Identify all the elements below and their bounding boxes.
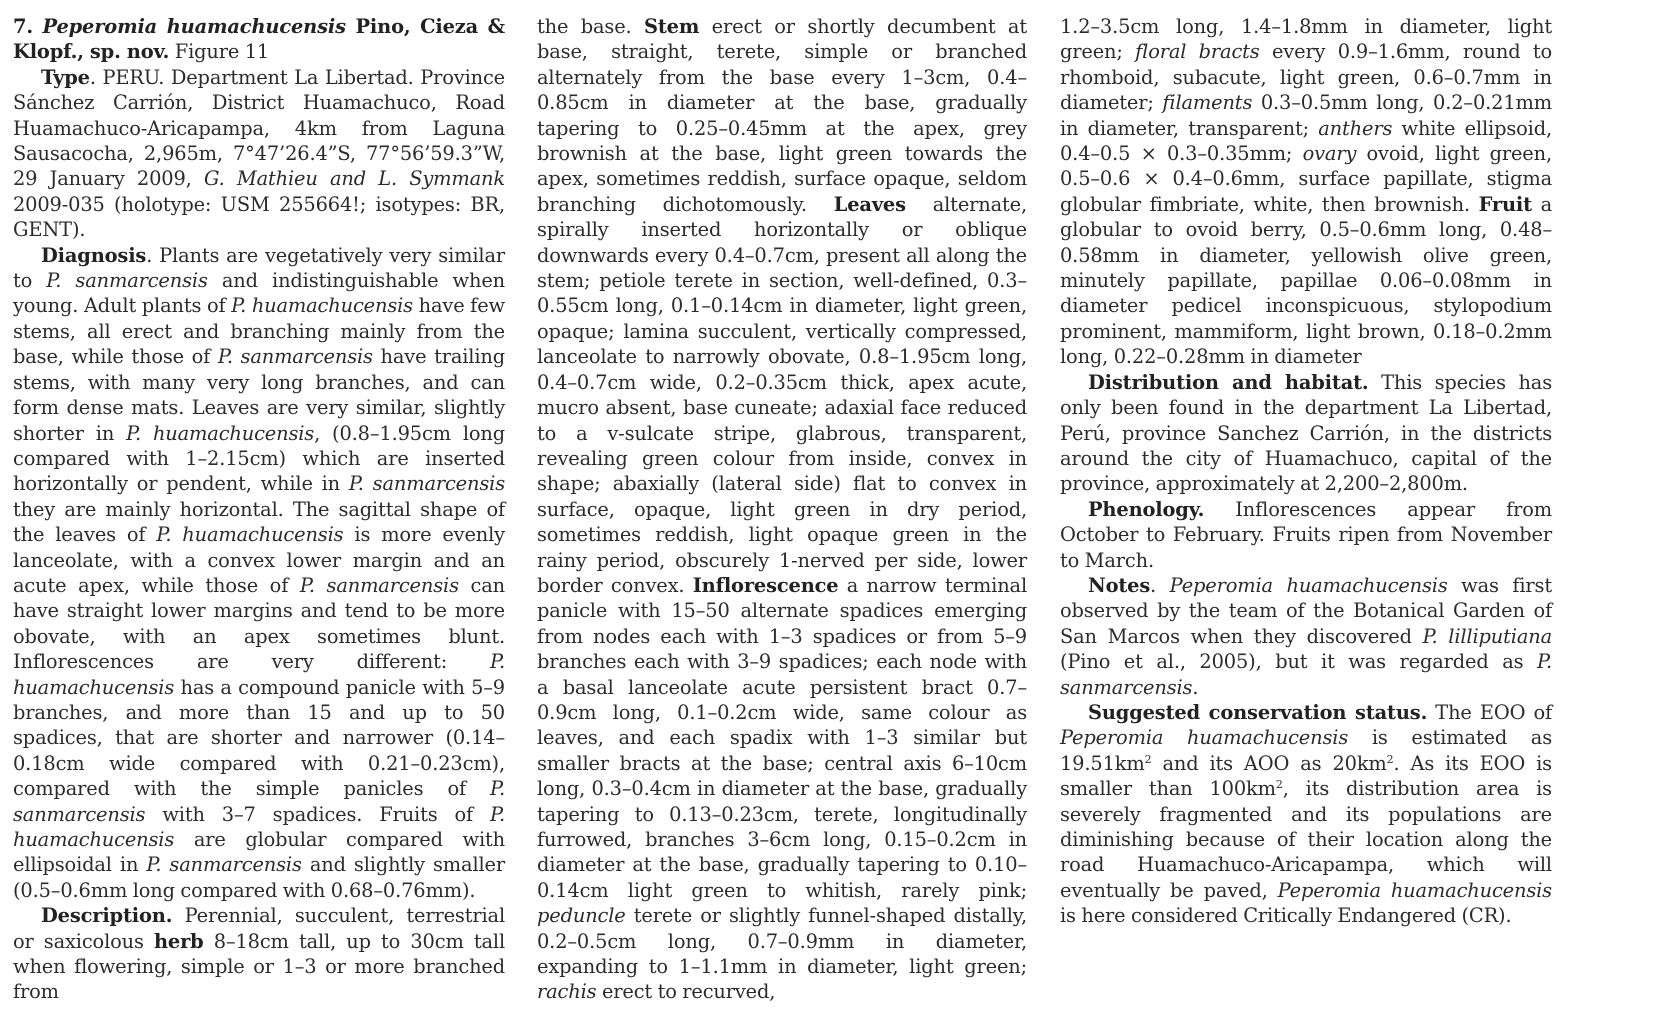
italic-text-run: filaments [1162, 91, 1252, 114]
paragraph: Notes. Peperomia huamachucensis was firs… [1060, 573, 1552, 700]
italic-text-run: P. sanmarcensis [349, 472, 505, 495]
bold-text-run: herb [154, 930, 204, 953]
text-run: with 3–7 spadices. Fruits of [145, 803, 490, 826]
paragraph: Suggested conservation status. The EOO o… [1060, 700, 1552, 929]
text-run: a globular to ovoid berry, 0.5–0.6mm lon… [1060, 193, 1552, 368]
text-run: alternate, spirally inserted horizontall… [537, 193, 1027, 597]
italic-text-run: G. Mathieu and L. Symmank [204, 167, 505, 190]
paragraph: 7. Peperomia huamachucensis Pino, Cieza … [13, 14, 505, 65]
text-run: the base. [537, 15, 644, 38]
paragraph: Phenology. Inflorescences appear from Oc… [1060, 497, 1552, 573]
bold-text-run: Phenology. [1088, 498, 1204, 521]
bold-text-run: 7. [13, 15, 43, 38]
text-run: erect to recurved, [596, 980, 775, 1003]
text-run: 2009-035 (holotype: USM 255664!; isotype… [13, 193, 505, 241]
text-run: The EOO of [1427, 701, 1552, 724]
paragraph: Diagnosis. Plants are vegetatively very … [13, 243, 505, 904]
text-run: (Pino et al., 2005), but it was regarded… [1060, 650, 1537, 673]
bold-text-run: Notes [1088, 574, 1150, 597]
bold-text-run: Description. [41, 904, 172, 927]
text-column-2: the base. Stem erect or shortly decumben… [537, 14, 1027, 1005]
italic-text-run: floral bracts [1135, 40, 1260, 63]
text-run: a narrow terminal panicle with 15–50 alt… [537, 574, 1027, 902]
italic-text-run: P. huamachucensis [126, 422, 314, 445]
bold-text-run: Fruit [1479, 193, 1532, 216]
italic-text-run: anthers [1318, 117, 1392, 140]
text-column-1: 7. Peperomia huamachucensis Pino, Cieza … [13, 14, 505, 1005]
bold-text-run: Suggested conservation status. [1088, 701, 1427, 724]
text-run: . [1150, 574, 1170, 597]
bold-text-run: Diagnosis [41, 244, 146, 267]
italic-text-run: Peperomia huamachucensis [1060, 726, 1348, 749]
text-run: and its AOO as 20km [1151, 752, 1386, 775]
bold-text-run: Type [41, 66, 90, 89]
italic-text-run: peduncle [537, 904, 626, 927]
text-column-3: 1.2–3.5cm long, 1.4–1.8mm in diameter, l… [1060, 14, 1552, 929]
paragraph: 1.2–3.5cm long, 1.4–1.8mm in diameter, l… [1060, 14, 1552, 370]
bold-text-run: Distribution and habitat. [1088, 371, 1369, 394]
bold-text-run: Leaves [834, 193, 906, 216]
italic-text-run: P. huamachucensis [231, 294, 413, 317]
bold-text-run: Stem [644, 15, 699, 38]
italic-text-run: P. sanmarcensis [46, 269, 207, 292]
bold-text-run: Peperomia huamachucensis [43, 15, 346, 38]
paragraph: Type. PERU. Department La Libertad. Prov… [13, 65, 505, 243]
text-run: Figure 11 [169, 40, 269, 63]
bold-text-run: Inflorescence [693, 574, 839, 597]
superscript: 2 [1387, 753, 1394, 766]
italic-text-run: P. sanmarcensis [146, 853, 301, 876]
italic-text-run: ovary [1303, 142, 1357, 165]
document-page: 7. Peperomia huamachucensis Pino, Cieza … [0, 0, 1669, 1033]
italic-text-run: P. huamachucensis [156, 523, 343, 546]
italic-text-run: P. sanmarcensis [218, 345, 373, 368]
italic-text-run: rachis [537, 980, 596, 1003]
paragraph: Description. Perennial, succulent, terre… [13, 903, 505, 1005]
italic-text-run: P. lilliputiana [1423, 625, 1552, 648]
paragraph: Distribution and habitat. This species h… [1060, 370, 1552, 497]
italic-text-run: P. sanmarcensis [300, 574, 459, 597]
italic-text-run: Peperomia huamachucensis [1170, 574, 1448, 597]
text-run: . [1192, 676, 1198, 699]
superscript: 2 [1276, 778, 1283, 791]
text-run: is here considered Critically Endangered… [1060, 904, 1511, 927]
text-run: erect or shortly decumbent at base, stra… [537, 15, 1027, 216]
paragraph: the base. Stem erect or shortly decumben… [537, 14, 1027, 1005]
italic-text-run: Peperomia huamachucensis [1278, 879, 1552, 902]
